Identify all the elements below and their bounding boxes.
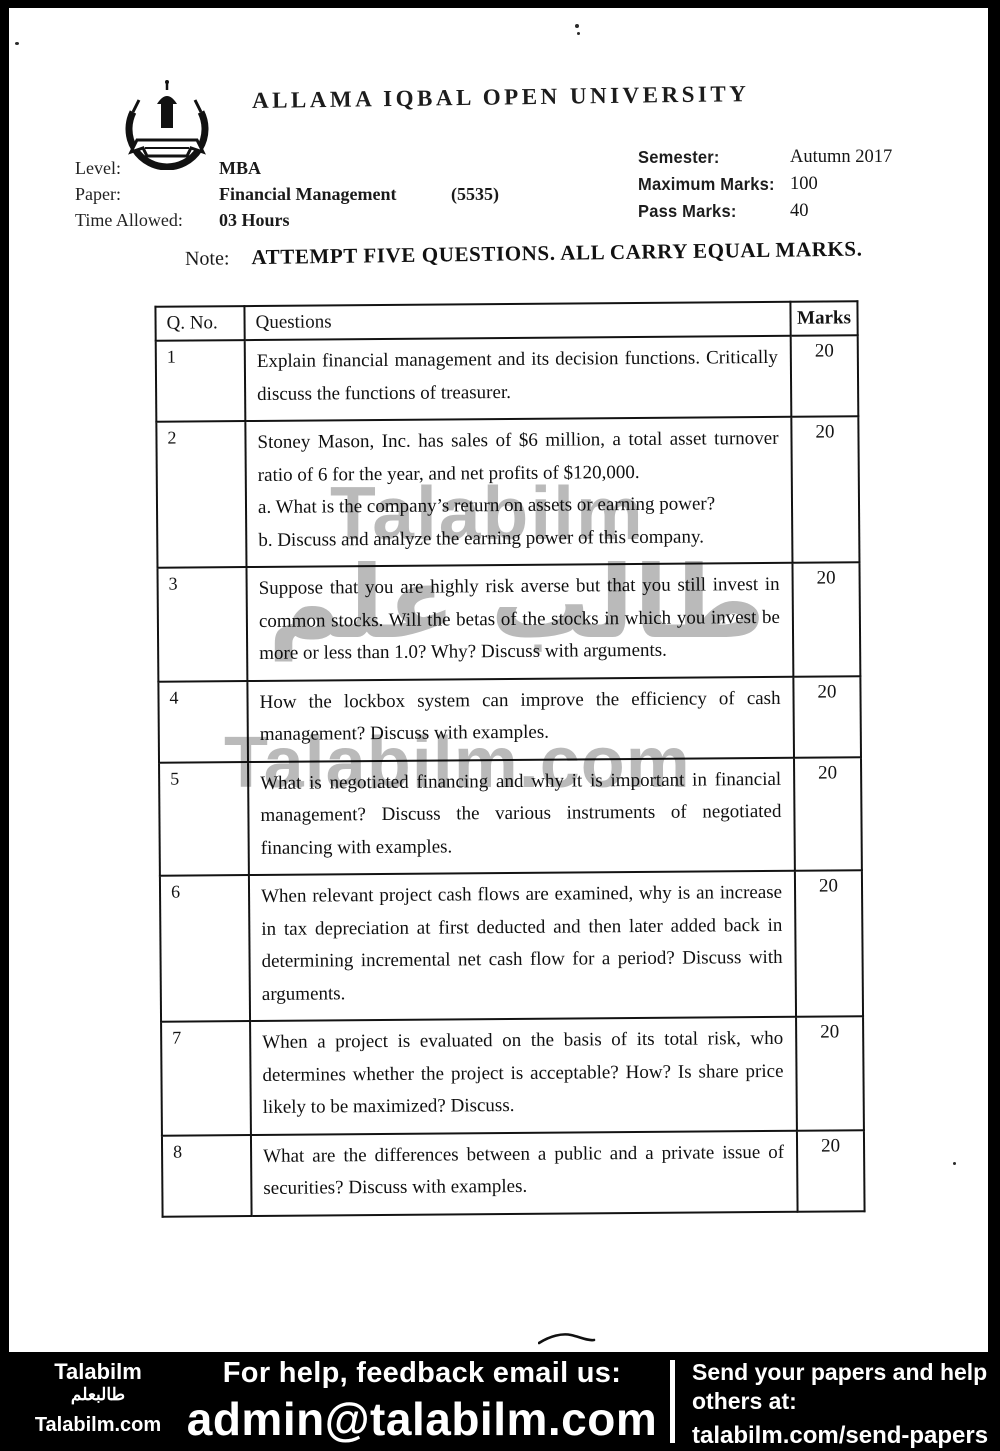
marks-column-header: Marks (790, 301, 857, 336)
semester-label: Semester: (638, 148, 790, 169)
meta-row-pass-marks: Pass Marks:40 (638, 201, 978, 228)
question-marks: 20 (792, 562, 860, 676)
ink-squiggle-artifact (538, 1330, 596, 1351)
pass-marks-value: 40 (790, 201, 809, 222)
question-number: 8 (162, 1135, 252, 1217)
paper-meta-left: Level:MBA Paper:Financial Management(553… (75, 158, 635, 236)
meta-row-semester: Semester:Autumn 2017 (638, 147, 978, 174)
level-label: Level: (75, 158, 219, 179)
footer-help-text: For help, feedback email us: (186, 1357, 658, 1390)
scan-speck (575, 24, 579, 28)
pass-marks-label: Pass Marks: (638, 202, 790, 223)
footer-send-text-line1: Send your papers and help (692, 1358, 992, 1387)
footer-brand-block: Talabilm طالبعلم Talabilm.com (18, 1358, 178, 1438)
watermark-talabilm-com: Talabilm.com (224, 722, 691, 804)
instructions-note: Note:ATTEMPT FIVE QUESTIONS. ALL CARRY E… (185, 237, 863, 271)
footer-brand-arabic: طالبعلم (18, 1384, 178, 1405)
question-text: When relevant project cash flows are exa… (249, 871, 796, 1021)
footer-send-papers-link[interactable]: talabilm.com/send-papers (692, 1421, 992, 1451)
question-marks: 20 (797, 1130, 865, 1212)
scan-edge-left (0, 0, 9, 1451)
table-row: 7 When a project is evaluated on the bas… (161, 1016, 864, 1135)
time-allowed-label: Time Allowed: (75, 210, 219, 231)
meta-row-max-marks: Maximum Marks:100 (638, 174, 978, 201)
question-marks: 20 (793, 676, 861, 758)
footer-divider (670, 1360, 675, 1443)
footer-email-link[interactable]: admin@talabilm.com (186, 1392, 658, 1446)
paper-code: (5535) (451, 184, 499, 205)
footer-help-block: For help, feedback email us: admin@talab… (186, 1357, 658, 1446)
question-number: 7 (161, 1021, 251, 1135)
footer-brand-name: Talabilm (18, 1358, 178, 1386)
scan-edge-top (0, 0, 1000, 8)
scan-speck (577, 32, 580, 35)
question-text: Explain financial management and its dec… (245, 336, 792, 421)
semester-value: Autumn 2017 (790, 147, 892, 168)
meta-row-level: Level:MBA (75, 158, 635, 184)
exam-paper-page: ALLAMA IQBAL OPEN UNIVERSITY Level:MBA P… (0, 0, 1000, 1451)
footer-send-text-line2: others at: (692, 1387, 992, 1416)
university-title: ALLAMA IQBAL OPEN UNIVERSITY (252, 81, 772, 114)
question-text: When a project is evaluated on the basis… (250, 1017, 797, 1135)
maximum-marks-label: Maximum Marks: (638, 175, 790, 196)
scan-edge-right (988, 0, 1000, 1451)
paper-value: Financial Management (219, 184, 451, 205)
footer-send-papers-block: Send your papers and help others at: tal… (692, 1358, 992, 1451)
questions-column-header: Questions (244, 302, 790, 340)
table-row: 6 When relevant project cash flows are e… (160, 870, 863, 1022)
question-marks: 20 (796, 1016, 864, 1130)
question-marks: 20 (791, 335, 859, 417)
table-header-row: Q. No. Questions Marks (155, 301, 857, 341)
question-marks: 20 (791, 416, 859, 563)
question-marks: 20 (795, 870, 863, 1017)
paper-meta-right: Semester:Autumn 2017 Maximum Marks:100 P… (638, 147, 978, 228)
watermark-arabic: طالب علم (268, 538, 766, 668)
time-allowed-value: 03 Hours (219, 210, 451, 231)
qno-column-header: Q. No. (155, 306, 244, 341)
question-number: 1 (156, 340, 246, 422)
scan-speck (15, 42, 19, 45)
question-text: What are the differences between a publi… (251, 1130, 798, 1215)
maximum-marks-value: 100 (790, 174, 818, 195)
question-number: 2 (156, 421, 246, 568)
scan-speck (953, 1162, 956, 1165)
table-row: 1 Explain financial management and its d… (156, 335, 859, 422)
footer-brand-url: Talabilm.com (18, 1413, 178, 1438)
paper-label: Paper: (75, 184, 219, 205)
university-crest-icon (116, 78, 218, 170)
level-value: MBA (219, 158, 451, 179)
talabilm-footer-bar: Talabilm طالبعلم Talabilm.com For help, … (0, 1352, 1000, 1451)
note-text: ATTEMPT FIVE QUESTIONS. ALL CARRY EQUAL … (251, 237, 862, 270)
table-row: 8 What are the differences between a pub… (162, 1130, 865, 1217)
question-marks: 20 (794, 757, 862, 871)
note-label: Note: (185, 247, 230, 270)
question-number: 3 (157, 567, 247, 681)
meta-row-paper: Paper:Financial Management(5535) (75, 184, 635, 210)
question-number: 6 (160, 875, 250, 1022)
meta-row-time: Time Allowed:03 Hours (75, 210, 635, 236)
